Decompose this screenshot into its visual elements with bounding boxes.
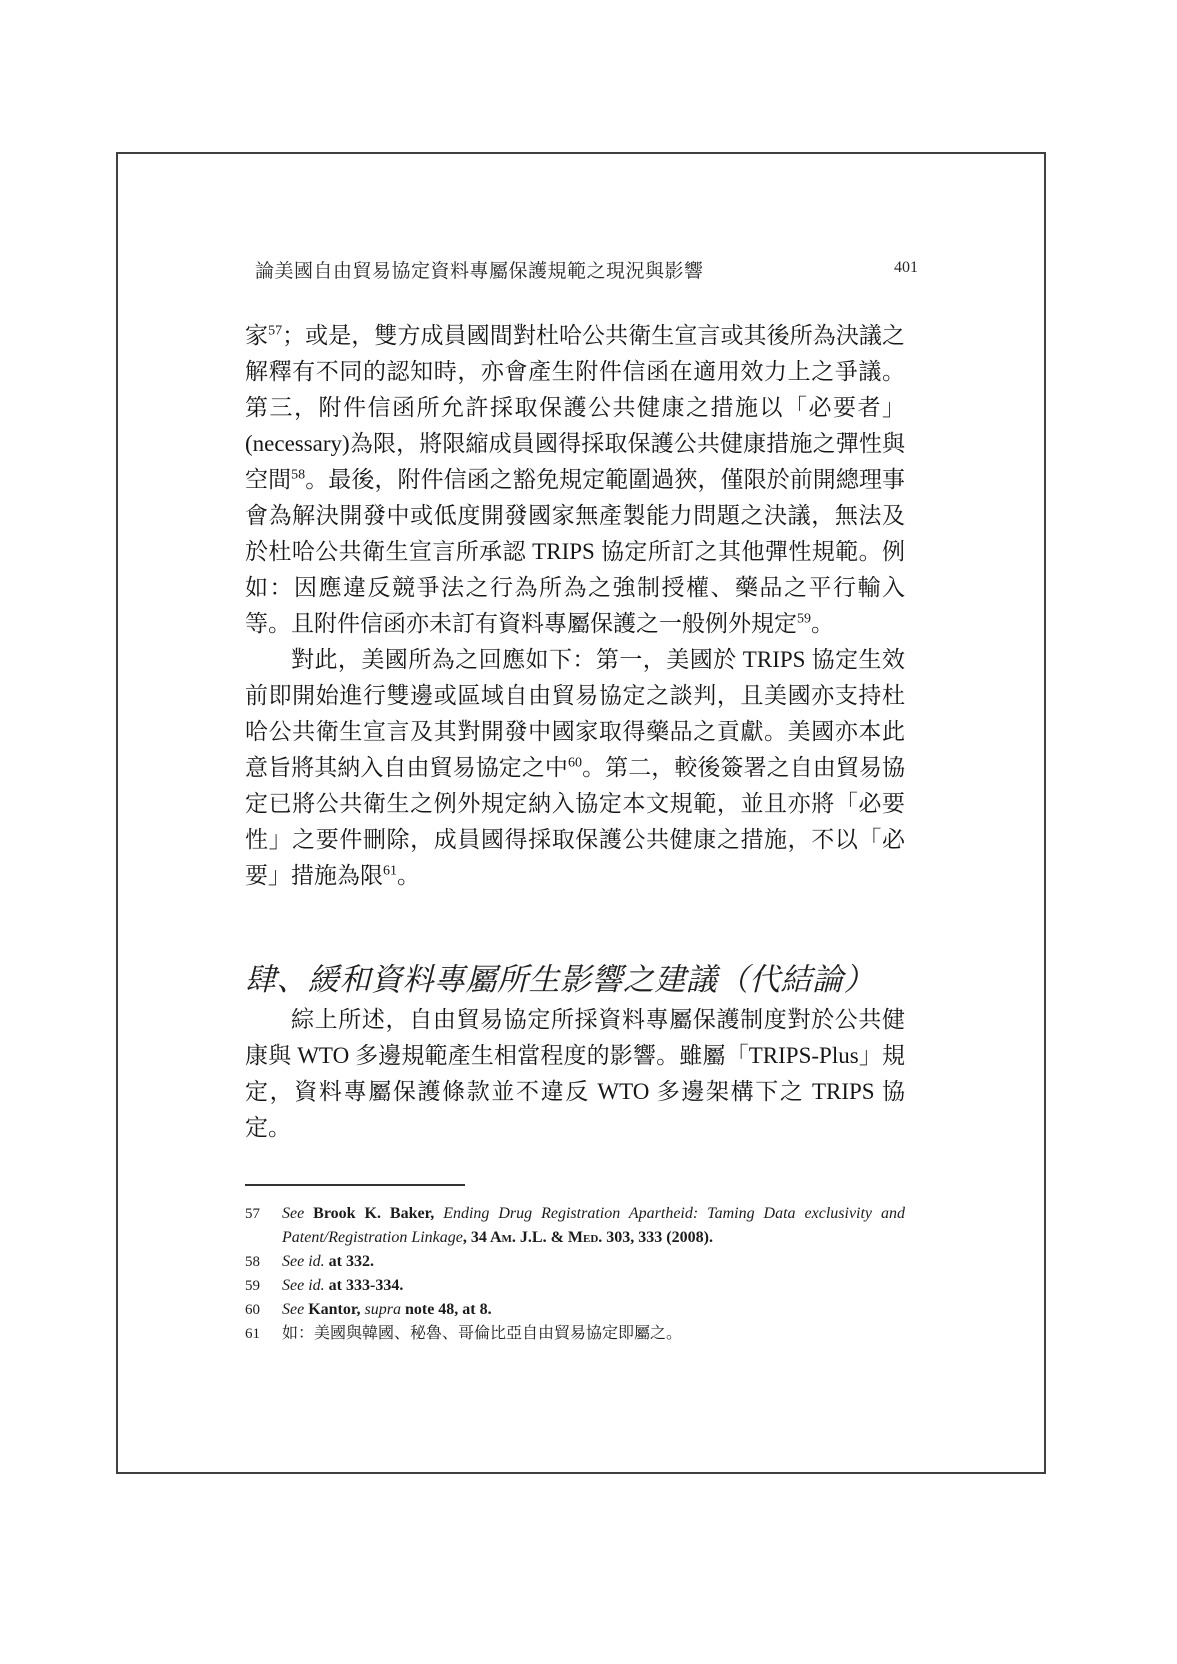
footnote-58: 58 See id. at 332. bbox=[245, 1250, 905, 1274]
paragraph-text: 。 bbox=[397, 863, 420, 888]
footnote-see-signal: See bbox=[282, 1205, 304, 1222]
footnote-59: 59 See id. at 333-334. bbox=[245, 1274, 905, 1298]
footnote-supra-signal: supra bbox=[365, 1301, 401, 1318]
footnote-ref-60: 60 bbox=[568, 755, 582, 770]
footnote-ref-61: 61 bbox=[383, 863, 397, 878]
footnote-ref-58: 58 bbox=[291, 467, 305, 482]
body-paragraph-3: 綜上所述，自由貿易協定所採資料專屬保護制度對於公共健康與 WTO 多邊規範產生相… bbox=[245, 1002, 905, 1146]
footnotes-section: 57 See Brook K. Baker, Ending Drug Regis… bbox=[245, 1202, 905, 1346]
footnote-author: Kantor, bbox=[304, 1301, 364, 1318]
footnote-citation: at 333-334. bbox=[325, 1277, 404, 1294]
footnote-citation: , 34 Am. J.L. & Med. 303, 333 (2008). bbox=[463, 1229, 713, 1246]
footnote-text: 如：美國與韓國、秘魯、哥倫比亞自由貿易協定即屬之。 bbox=[282, 1322, 905, 1346]
footnote-text: See id. at 333-334. bbox=[282, 1274, 905, 1298]
footnote-author: Brook K. Baker, bbox=[304, 1205, 443, 1222]
footnote-60: 60 See Kantor, supra note 48, at 8. bbox=[245, 1298, 905, 1322]
section-heading: 肆、緩和資料專屬所生影響之建議（代結論） bbox=[245, 958, 905, 1002]
footnote-number: 57 bbox=[245, 1202, 282, 1250]
footnote-61: 61 如：美國與韓國、秘魯、哥倫比亞自由貿易協定即屬之。 bbox=[245, 1322, 905, 1346]
footnote-ref-57: 57 bbox=[268, 323, 282, 338]
scanned-document-page: 論美國自由貿易協定資料專屬保護規範之現況與影響 401 家57；或是，雙方成員國… bbox=[0, 0, 1177, 1664]
footnote-number: 58 bbox=[245, 1250, 282, 1274]
footnote-see-signal: See bbox=[282, 1301, 304, 1318]
body-paragraph-2: 對此，美國所為之回應如下：第一，美國於 TRIPS 協定生效前即開始進行雙邊或區… bbox=[245, 642, 905, 894]
footnote-text: See Brook K. Baker, Ending Drug Registra… bbox=[282, 1202, 905, 1250]
running-header-title: 論美國自由貿易協定資料專屬保護規範之現況與影響 bbox=[255, 256, 704, 283]
paragraph-text: 。 bbox=[811, 611, 834, 636]
footnote-number: 60 bbox=[245, 1298, 282, 1322]
footnote-text: See id. at 332. bbox=[282, 1250, 905, 1274]
footnote-see-signal: See id. bbox=[282, 1253, 325, 1270]
footnote-number: 59 bbox=[245, 1274, 282, 1298]
footnote-divider bbox=[245, 1184, 465, 1186]
footnote-see-signal: See id. bbox=[282, 1277, 325, 1294]
footnote-57: 57 See Brook K. Baker, Ending Drug Regis… bbox=[245, 1202, 905, 1250]
body-paragraph-1: 家57；或是，雙方成員國間對杜哈公共衛生宣言或其後所為決議之解釋有不同的認知時，… bbox=[245, 318, 905, 642]
footnote-text: See Kantor, supra note 48, at 8. bbox=[282, 1298, 905, 1322]
footnote-ref-59: 59 bbox=[797, 611, 811, 626]
page-number: 401 bbox=[894, 259, 918, 277]
footnote-number: 61 bbox=[245, 1322, 282, 1346]
footnote-citation: at 332. bbox=[325, 1253, 374, 1270]
paragraph-text: 家 bbox=[245, 323, 268, 348]
footnote-citation: note 48, at 8. bbox=[401, 1301, 492, 1318]
page-content: 家57；或是，雙方成員國間對杜哈公共衛生宣言或其後所為決議之解釋有不同的認知時，… bbox=[245, 318, 905, 1346]
